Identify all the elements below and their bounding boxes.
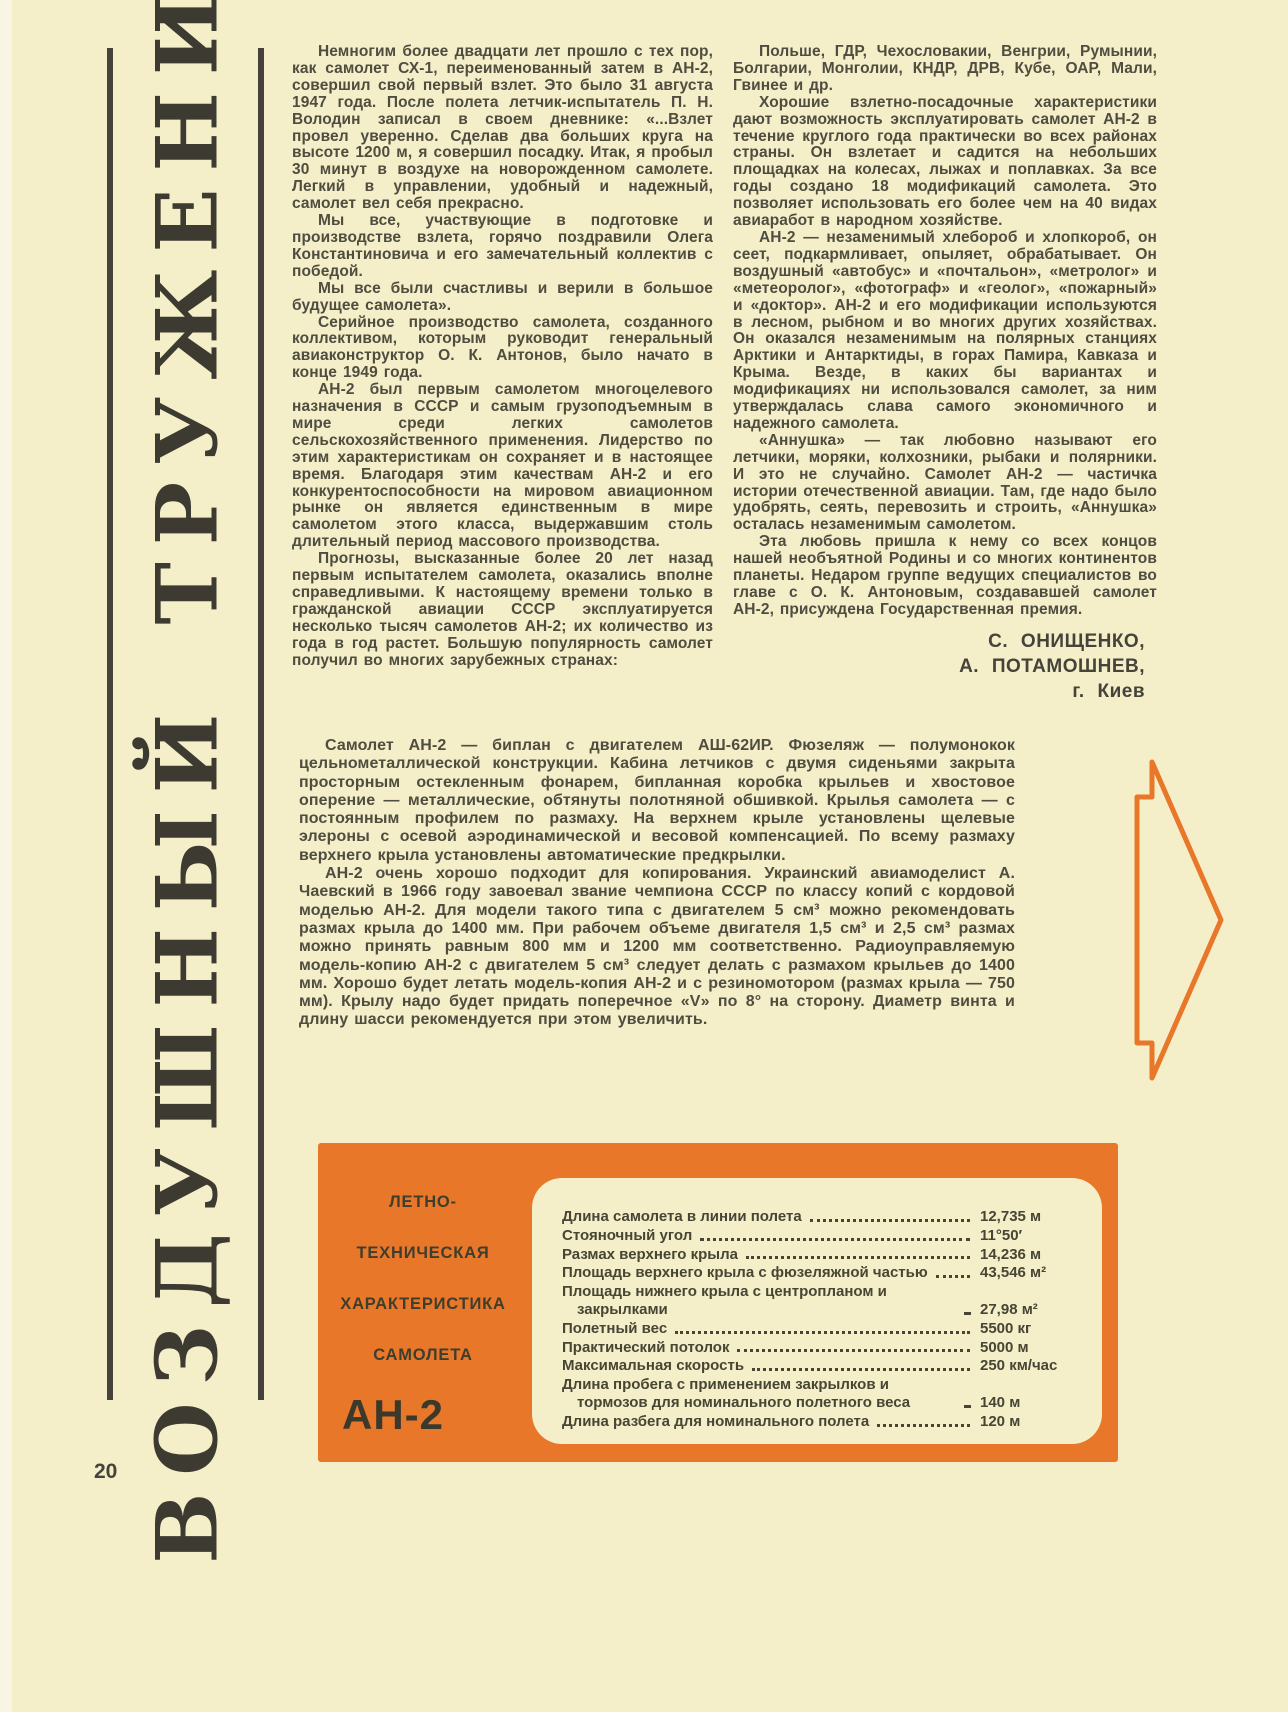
spec-row: Размах верхнего крыла 14,236 м [562,1246,1076,1264]
dot-leader [964,1312,970,1315]
paragraph: Серийное производство самолета, созданно… [292,315,713,383]
paragraph: Прогнозы, высказанные более 20 лет назад… [292,551,713,669]
spec-label: Площадь нижнего крыла с центропланом и з… [562,1283,956,1319]
spec-value: 250 км/час [980,1357,1076,1375]
spec-label: Площадь верхнего крыла с фюзеляжной част… [562,1264,928,1282]
paragraph: «Аннушка» — так любовно называют его лет… [733,433,1157,534]
byline-author: А. ПОТАМОШНЕВ, [733,654,1145,679]
paragraph: Мы все были счастливы и верили в большое… [292,281,713,315]
spec-value: 120 м [980,1413,1076,1431]
page-number: 20 [94,1460,117,1484]
spec-value: 5000 м [980,1339,1076,1357]
aircraft-model-label: АН-2 [342,1391,512,1439]
spec-value: 14,236 м [980,1246,1076,1264]
spec-box: ЛЕТНО- ТЕХНИЧЕСКАЯ ХАРАКТЕРИСТИКА САМОЛЕ… [318,1143,1118,1462]
spec-row: Длина самолета в линии полета 12,735 м [562,1208,1076,1226]
byline-city: г. Киев [733,679,1145,704]
spec-label: Полетный вес [562,1320,667,1338]
spec-value: 5500 кг [980,1320,1076,1338]
spec-row: Площадь верхнего крыла с фюзеляжной част… [562,1264,1076,1282]
spec-label: Практический потолок [562,1339,729,1357]
spec-value: 12,735 м [980,1208,1076,1226]
spec-row: Стояночный угол 11°50′ [562,1227,1076,1245]
spec-label: Длина самолета в линии полета [562,1208,802,1226]
dot-leader [700,1238,970,1241]
spec-row: Площадь нижнего крыла с центропланом и з… [562,1283,1076,1319]
spec-heading-line: ТЕХНИЧЕСКАЯ [338,1244,508,1263]
paragraph: Эта любовь пришла к нему со всех концов … [733,534,1157,619]
paragraph: Польше, ГДР, Чехословакии, Венгрии, Румы… [733,44,1157,95]
byline-author: С. ОНИЩЕНКО, [733,629,1145,654]
spec-row: Максимальная скорость 250 км/час [562,1357,1076,1375]
article-left-column: Немногим более двадцати лет прошло с тех… [292,44,713,670]
spec-row: Полетный вес 5500 кг [562,1320,1076,1338]
dot-leader [746,1256,970,1259]
next-page-arrow-icon [1125,748,1237,1093]
paragraph: АН-2 — незаменимый хлебороб и хлопкороб,… [733,230,1157,433]
spec-value: 140 м [980,1394,1076,1412]
spec-label: Максимальная скорость [562,1357,744,1375]
paragraph: АН-2 очень хорошо подходит для копирован… [299,865,1015,1030]
paragraph: АН-2 был первым самолетом многоцелевого … [292,382,713,551]
spec-label: Размах верхнего крыла [562,1246,738,1264]
spec-heading-line: САМОЛЕТА [338,1346,508,1365]
spec-box-heading: ЛЕТНО- ТЕХНИЧЕСКАЯ ХАРАКТЕРИСТИКА САМОЛЕ… [338,1193,508,1397]
paragraph: Самолет АН-2 — биплан с двигателем АШ-62… [299,737,1015,865]
spec-heading-line: ЛЕТНО- [338,1193,508,1212]
dot-leader [964,1405,970,1408]
spec-row: Длина разбега для номинального полета 12… [562,1413,1076,1431]
dot-leader [752,1368,970,1371]
magazine-page: ВОЗДУШНЫЙ ТРУЖЕНИК Немногим более двадца… [0,0,1288,1712]
masthead-title-text: ВОЗДУШНЫЙ ТРУЖЕНИК [138,0,237,1563]
spec-value: 27,98 м² [980,1301,1076,1319]
spec-table: Длина самолета в линии полета 12,735 м С… [532,1178,1102,1444]
dot-leader [936,1275,970,1278]
article-right-column: Польше, ГДР, Чехословакии, Венгрии, Румы… [733,44,1157,704]
spec-value: 43,546 м² [980,1264,1076,1282]
paragraph: Немногим более двадцати лет прошло с тех… [292,44,713,213]
byline: С. ОНИЩЕНКО, А. ПОТАМОШНЕВ, г. Киев [733,629,1157,704]
paragraph: Хорошие взлетно-посадочные характеристик… [733,95,1157,230]
paragraph: Мы все, участвующие в подготовке и произ… [292,213,713,281]
dot-leader [810,1219,970,1222]
masthead-vertical-title: ВОЗДУШНЫЙ ТРУЖЕНИК [114,48,260,1400]
dot-leader [737,1349,970,1352]
model-notes-section: Самолет АН-2 — биплан с двигателем АШ-62… [299,737,1015,1030]
masthead-rule-left [107,48,113,1400]
scan-edge [0,0,12,1712]
spec-label: Длина пробега с применением закрылков и … [562,1376,956,1412]
spec-label: Стояночный угол [562,1227,692,1245]
spec-row: Длина пробега с применением закрылков и … [562,1376,1076,1412]
dot-leader [675,1331,970,1334]
spec-label: Длина разбега для номинального полета [562,1413,869,1431]
spec-heading-line: ХАРАКТЕРИСТИКА [338,1295,508,1314]
spec-row: Практический потолок 5000 м [562,1339,1076,1357]
spec-value: 11°50′ [980,1227,1076,1245]
dot-leader [877,1424,970,1427]
